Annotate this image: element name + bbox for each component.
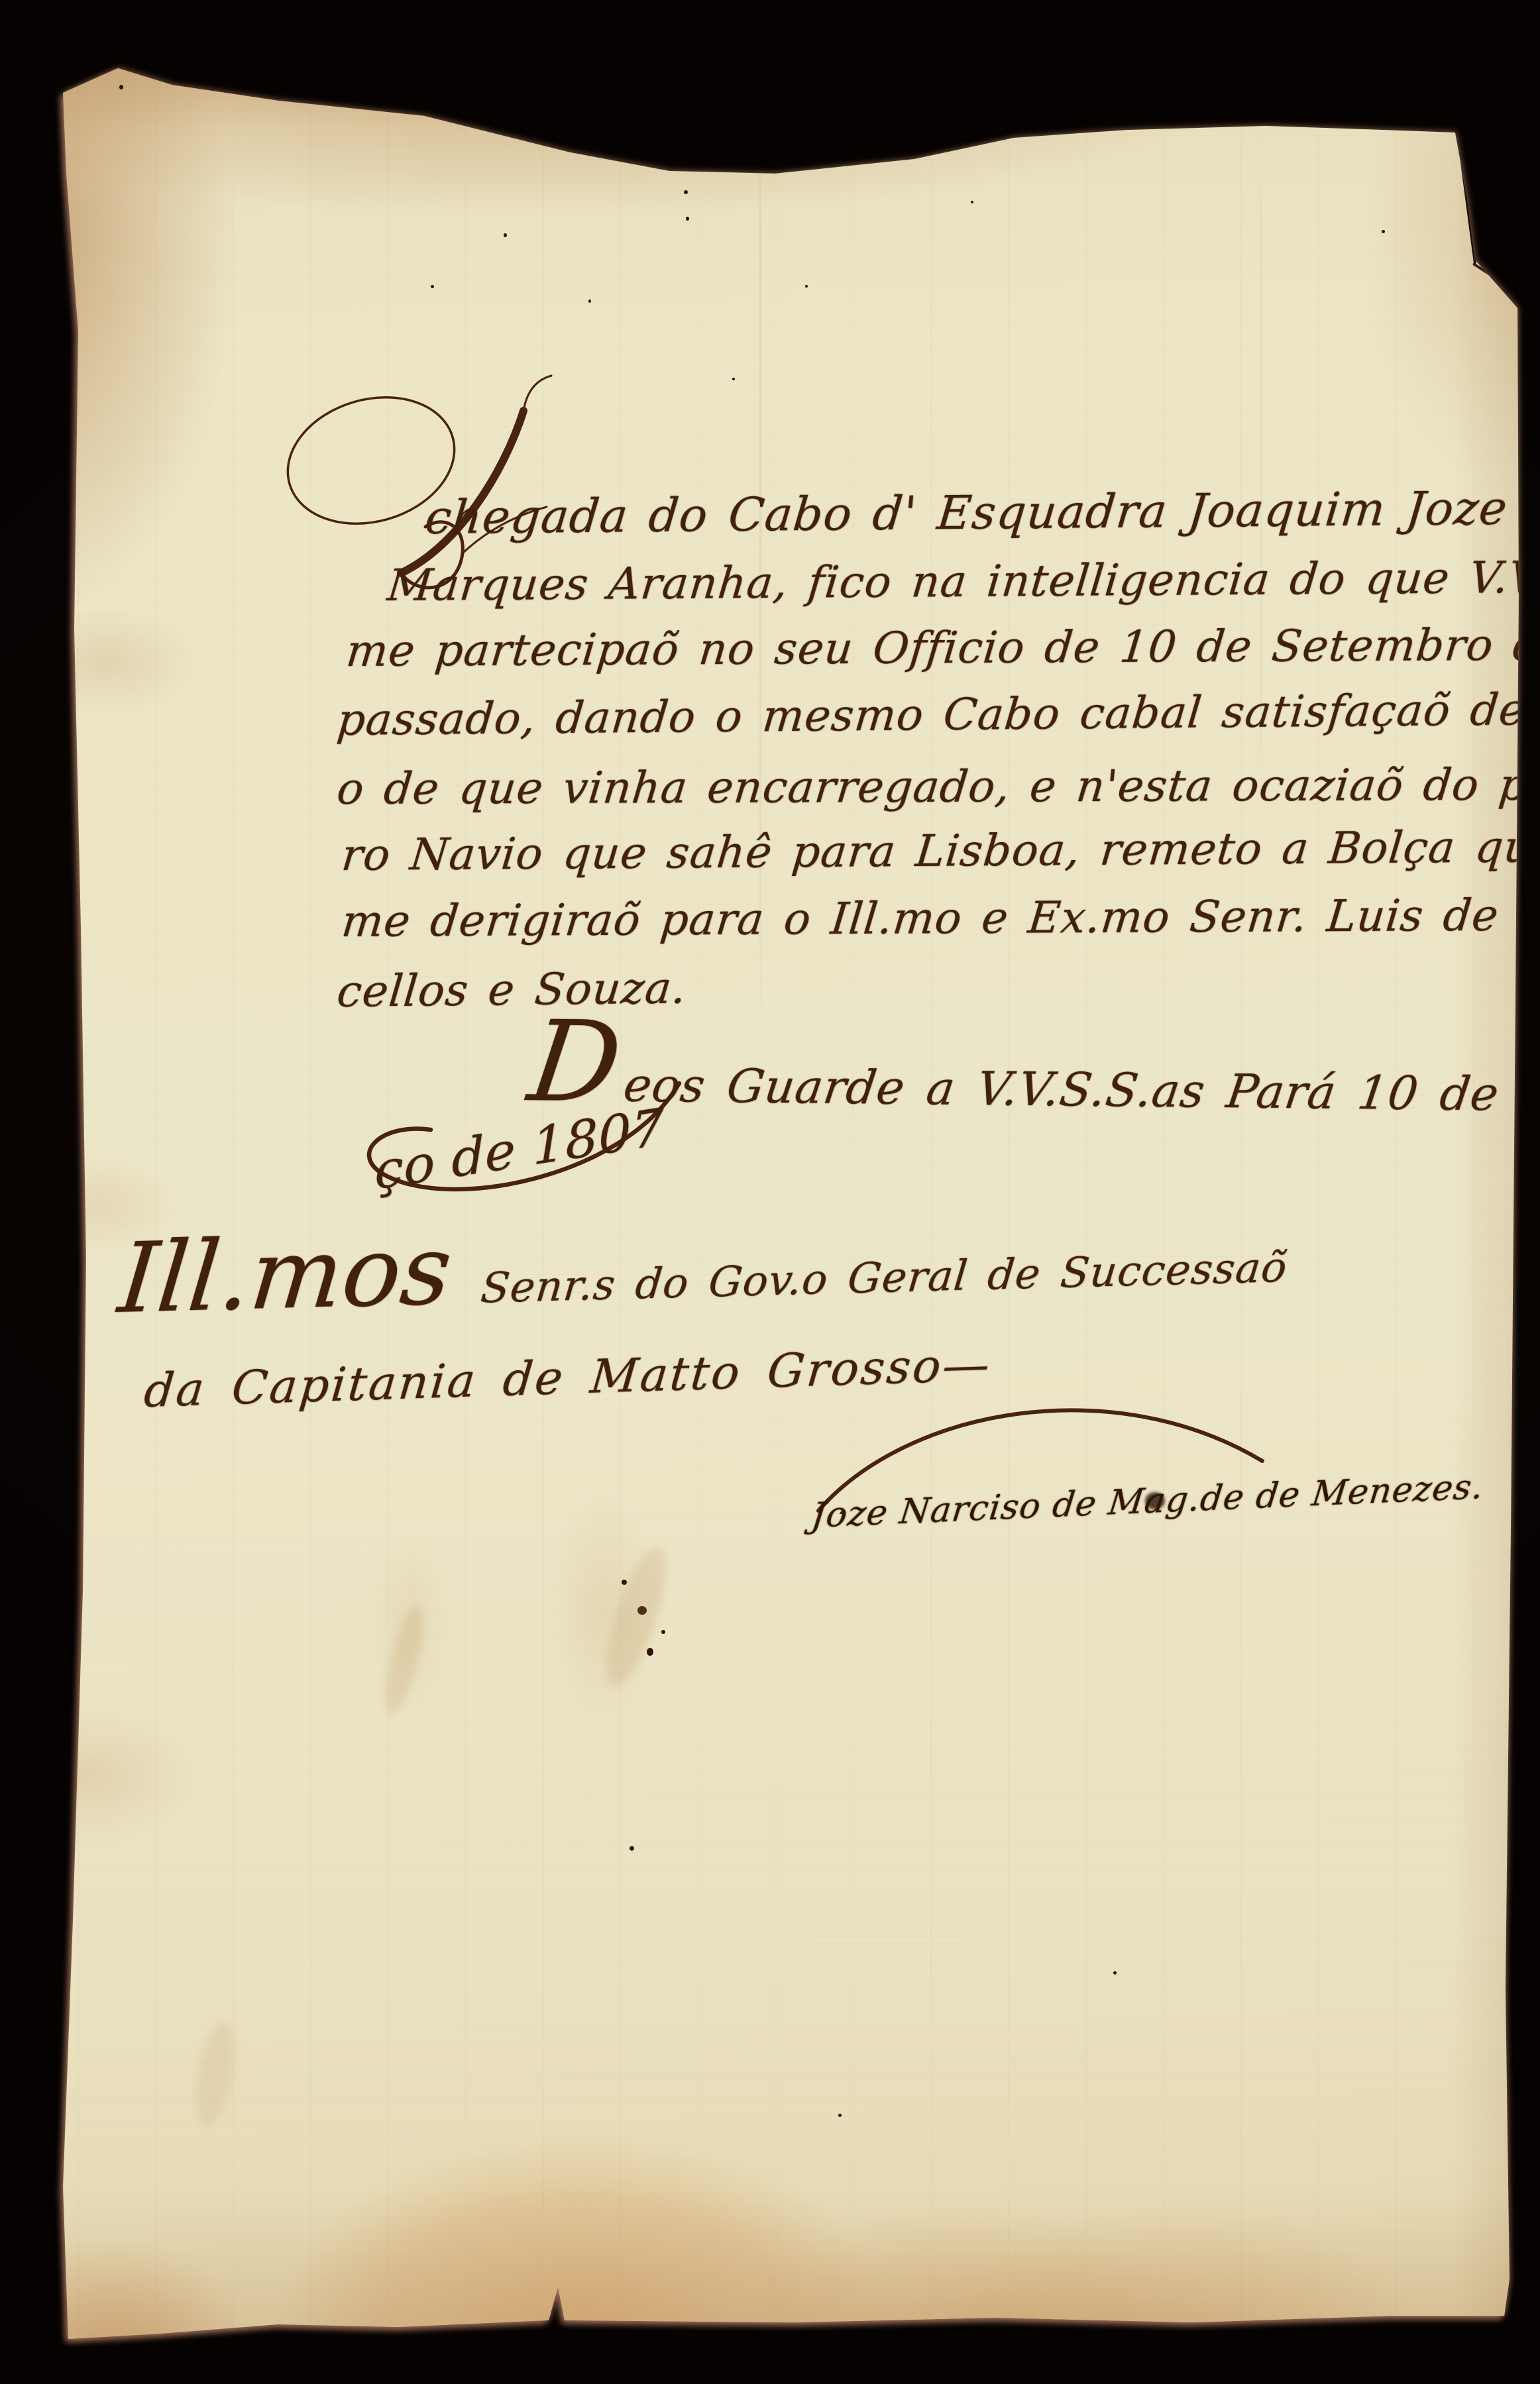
valediction-line: Deos Guarde a V.V.S.S.as Pará 10 de Mar= — [524, 1022, 1540, 1123]
ink-blot — [647, 1648, 653, 1656]
body-line-4: passado, dando o mesmo Cabo cabal satisf… — [335, 683, 1540, 745]
body-line-1: chegada do Cabo d' Esquadra Joaquim Joze… — [423, 480, 1540, 545]
ink-blot — [661, 1630, 665, 1634]
paper-speck — [805, 285, 808, 288]
paper-speck — [838, 2114, 842, 2117]
paper-edge-shading — [0, 0, 1540, 2384]
paper-speck — [686, 217, 689, 221]
paper-speck — [504, 233, 507, 237]
paper-speck — [732, 378, 735, 380]
body-line-2: Marques Aranha, fico na intelligencia do… — [385, 551, 1540, 611]
ink-blot — [622, 1580, 627, 1585]
paper-speck — [1382, 230, 1385, 233]
valediction-initial: D — [525, 1022, 626, 1103]
valediction-text: eos Guarde a V.V.S.S.as Pará 10 de Mar= — [621, 1058, 1540, 1123]
paper-speck — [119, 85, 123, 89]
paper-speck — [431, 285, 434, 288]
body-line-8: cellos e Souza. — [335, 962, 688, 1017]
paper-speck — [684, 190, 688, 194]
body-line-7: me derigiraõ para o Ill.mo e Ex.mo Senr.… — [339, 889, 1540, 947]
paper-speck — [1113, 1971, 1117, 1975]
paper-speck — [971, 201, 973, 203]
body-line-5: o de que vinha encarregado, e n'esta oca… — [335, 759, 1540, 814]
manuscript-paper: A chegada do Cabo d' Esquadra Joaquim Jo… — [0, 0, 1540, 2384]
paper-speck — [588, 299, 591, 303]
ink-smudge — [1145, 1492, 1165, 1509]
body-line-3: me partecipaõ no seu Officio de 10 de Se… — [344, 618, 1540, 677]
body-line-6: ro Navio que sahê para Lisboa, remeto a … — [339, 821, 1540, 881]
address-honorific: Ill.mos — [116, 1232, 455, 1318]
ink-blot — [630, 1846, 634, 1851]
manuscript-paper-wrap: A chegada do Cabo d' Esquadra Joaquim Jo… — [0, 0, 1540, 2384]
